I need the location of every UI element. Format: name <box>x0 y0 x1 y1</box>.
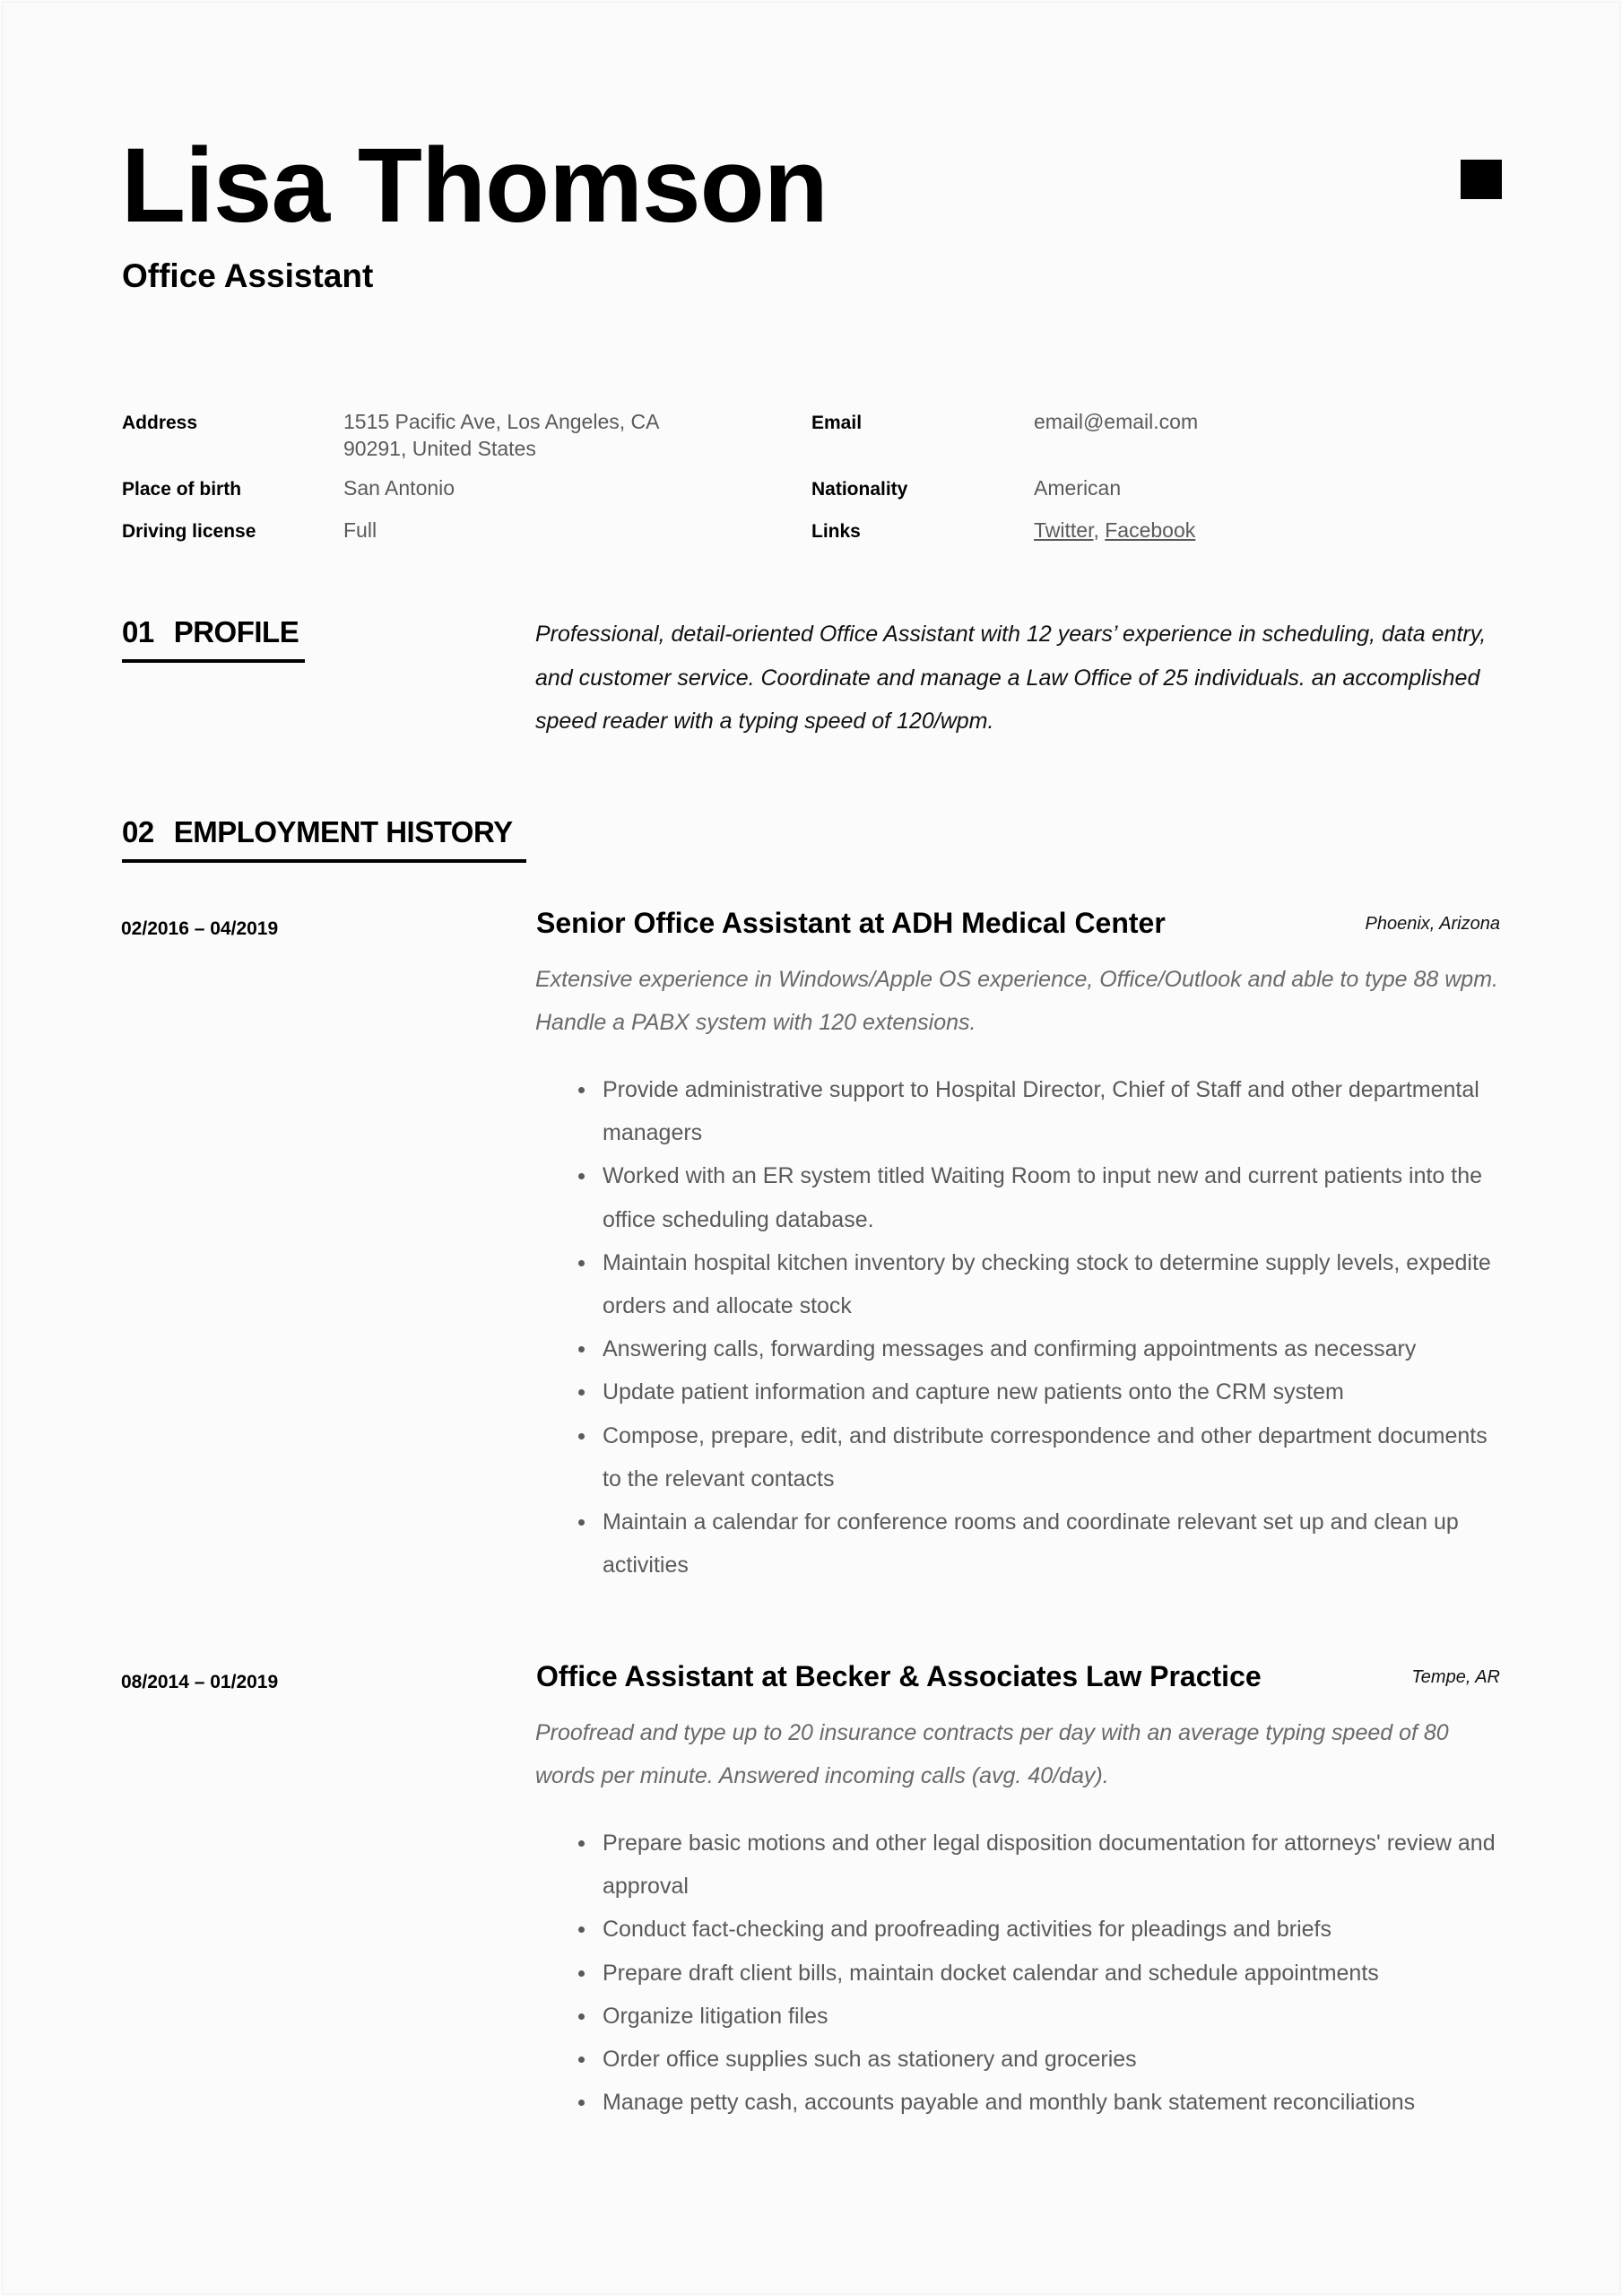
list-item: Provide administrative support to Hospit… <box>535 1068 1508 1154</box>
links-label: Links <box>811 522 861 541</box>
list-item: Maintain hospital kitchen inventory by c… <box>535 1241 1508 1327</box>
employment-heading: 02EMPLOYMENT HISTORY <box>122 817 513 847</box>
list-item: Maintain a calendar for conference rooms… <box>535 1500 1508 1587</box>
list-item: Prepare basic motions and other legal di… <box>535 1822 1508 1908</box>
employment-section-number: 02 <box>122 815 154 848</box>
profile-section-number: 01 <box>122 615 154 648</box>
job-description: Proofread and type up to 20 insurance co… <box>535 1711 1504 1797</box>
employment-section-title: EMPLOYMENT HISTORY <box>174 815 513 848</box>
profile-section-title: PROFILE <box>174 615 299 648</box>
candidate-name: Lisa Thomson <box>121 133 828 239</box>
job-dates: 08/2014 – 01/2019 <box>121 1673 278 1692</box>
profile-heading: 01PROFILE <box>122 617 299 647</box>
list-item: Order office supplies such as stationery… <box>535 2038 1508 2081</box>
list-item: Worked with an ER system titled Waiting … <box>535 1154 1508 1240</box>
job-title: Senior Office Assistant at ADH Medical C… <box>536 909 1166 937</box>
driving-license-value: Full <box>343 517 377 544</box>
job-responsibilities: Prepare basic motions and other legal di… <box>535 1822 1508 2124</box>
employment-heading-underline <box>122 859 526 863</box>
nationality-label: Nationality <box>811 480 907 499</box>
profile-heading-underline <box>122 659 305 663</box>
job-responsibilities: Provide administrative support to Hospit… <box>535 1068 1508 1587</box>
list-item: Manage petty cash, accounts payable and … <box>535 2081 1508 2124</box>
job-location: Phoenix, Arizona <box>1366 915 1500 933</box>
place-of-birth-label: Place of birth <box>122 480 241 499</box>
address-label: Address <box>122 413 197 432</box>
list-item: Conduct fact-checking and proofreading a… <box>535 1908 1508 1951</box>
list-item: Update patient information and capture n… <box>535 1370 1508 1413</box>
list-item: Organize litigation files <box>535 1995 1508 2038</box>
candidate-job-title: Office Assistant <box>122 259 373 292</box>
address-value: 1515 Pacific Ave, Los Angeles, CA 90291,… <box>343 408 659 462</box>
decorative-square-icon <box>1461 160 1502 199</box>
driving-license-label: Driving license <box>122 522 256 541</box>
job-description: Extensive experience in Windows/Apple OS… <box>535 958 1504 1044</box>
twitter-link[interactable]: Twitter <box>1034 518 1093 542</box>
email-label: Email <box>811 413 862 432</box>
job-title: Office Assistant at Becker & Associates … <box>536 1662 1262 1691</box>
facebook-link[interactable]: Facebook <box>1105 518 1195 542</box>
nationality-value: American <box>1034 474 1121 501</box>
place-of-birth-value: San Antonio <box>343 474 455 501</box>
list-item: Compose, prepare, edit, and distribute c… <box>535 1414 1508 1500</box>
address-line-1: 1515 Pacific Ave, Los Angeles, CA <box>343 408 659 435</box>
job-location: Tempe, AR <box>1411 1668 1500 1686</box>
links-value: Twitter, Facebook <box>1034 517 1195 544</box>
list-item: Prepare draft client bills, maintain doc… <box>535 1952 1508 1995</box>
list-item: Answering calls, forwarding messages and… <box>535 1327 1508 1370</box>
email-value: email@email.com <box>1034 408 1198 435</box>
profile-summary: Professional, detail-oriented Office Ass… <box>535 613 1504 744</box>
job-dates: 02/2016 – 04/2019 <box>121 919 278 938</box>
address-line-2: 90291, United States <box>343 435 659 462</box>
links-separator: , <box>1093 518 1105 542</box>
